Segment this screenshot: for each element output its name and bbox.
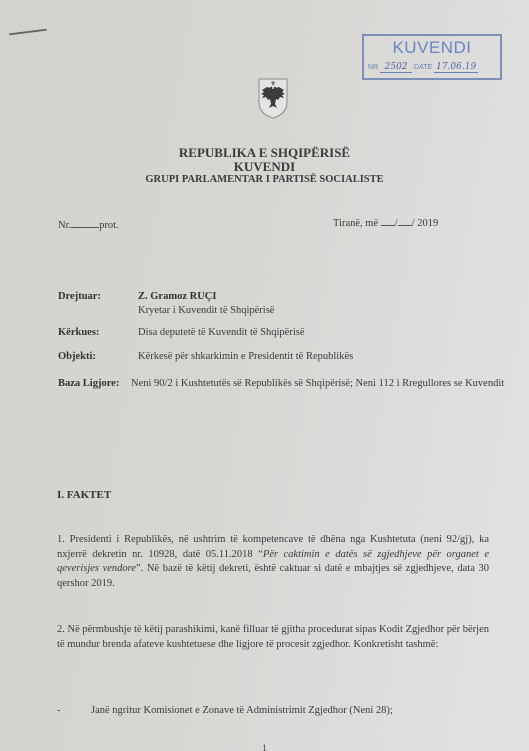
header-assembly: KUVENDI [0, 159, 529, 175]
protocol-prefix: Nr. [58, 220, 71, 231]
stamp-nr-label: NR [368, 64, 378, 71]
place-prefix: Tiranë, më [333, 218, 378, 229]
protocol-blank [71, 226, 99, 228]
kerkues-label: Kërkues: [58, 326, 99, 340]
drejtuar-label: Drejtuar: [58, 290, 101, 304]
page-number: 1 [0, 743, 529, 751]
header-parliamentary-group: GRUPI PARLAMENTAR I PARTISË SOCIALISTE [0, 174, 529, 185]
pen-mark [9, 29, 47, 36]
stamp-nr-value: 2502 [380, 62, 412, 73]
baza-value: Neni 90/2 i Kushtetutës së Republikës së… [131, 377, 529, 391]
paragraph-2: 2. Në përmbushje të këtij parashikimi, k… [57, 623, 489, 652]
paragraph-1: 1. Presidenti i Republikës, në ushtrim t… [57, 533, 489, 591]
albania-coat-of-arms-icon [256, 76, 290, 120]
month-blank [398, 224, 412, 226]
registry-stamp: KUVENDI NR 2502 DATE 17.06.19 [362, 34, 502, 80]
addressee-title: Kryetar i Kuvendit të Shqipërisë [138, 304, 529, 318]
section-title-faktet: I. FAKTET [57, 489, 111, 501]
bullet-marker: - [57, 705, 61, 716]
objekti-label: Objekti: [58, 350, 96, 364]
date-year: / 2019 [412, 218, 439, 229]
objekti-value: Kërkesë për shkarkimin e Presidentit të … [138, 350, 529, 364]
stamp-row: NR 2502 DATE 17.06.19 [368, 62, 478, 73]
kerkues-value: Disa deputetë të Kuvendit të Shqipërisë [138, 326, 529, 340]
stamp-date-label: DATE [414, 64, 432, 71]
bullet-text: Janë ngritur Komisionet e Zonave të Admi… [91, 705, 393, 716]
stamp-title: KUVENDI [364, 38, 500, 58]
protocol-number-line: Nr.prot. [58, 220, 119, 231]
day-blank [381, 224, 395, 226]
protocol-suffix: prot. [99, 220, 119, 231]
baza-label: Baza Ligjore: [58, 377, 119, 391]
date-line: Tiranë, më // 2019 [333, 218, 438, 229]
addressee-name: Z. Gramoz RUÇI [138, 290, 529, 304]
stamp-date-value: 17.06.19 [434, 62, 478, 73]
